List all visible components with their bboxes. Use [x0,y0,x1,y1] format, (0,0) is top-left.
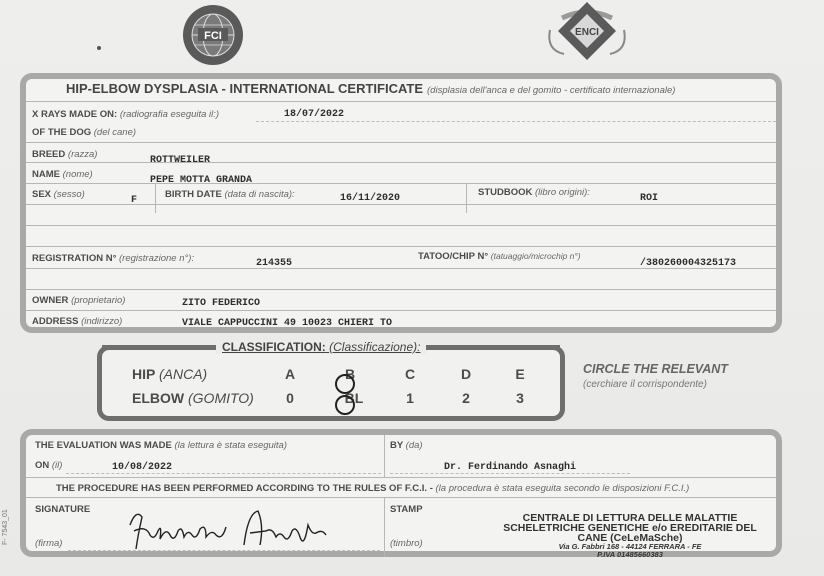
registration-label: REGISTRATION N° (registrazione n°): [32,253,194,264]
stamp-translation: (timbro) [390,538,423,549]
classification-panel: CLASSIFICATION: (Classificazione): HIP (… [97,345,565,421]
breed-value: ROTTWEILER [150,155,210,166]
of-dog-label: OF THE DOG (del cane) [32,127,136,138]
by-label: BY (da) [390,440,423,451]
hip-grade-e[interactable]: E [508,366,532,382]
on-label: ON (il) [35,460,62,471]
enci-logo-icon: ENCI [540,0,634,62]
stamp-block: CENTRALE DI LETTURA DELLE MALATTIE SCHEL… [500,513,760,559]
birth-date-value: 16/11/2020 [340,193,400,204]
svg-text:ENCI: ENCI [575,27,599,38]
owner-value: ZITO FEDERICO [182,298,260,309]
certificate-page: FCI ENCI INTERNATIONAL CERTIFICATE HIP-E… [0,0,824,576]
studbook-value: ROI [640,193,658,204]
xrays-date-value: 18/07/2022 [284,109,344,120]
elbow-label: ELBOW (GOMITO) [132,390,254,406]
studbook-label: STUDBOOK (libro origini): [478,187,590,198]
breed-label: BREED (razza) [32,149,97,160]
evaluator-name-value: Dr. Ferdinando Asnaghi [444,462,576,473]
dog-name-value: PEPE MOTTA GRANDA [150,175,252,186]
elbow-grade-0[interactable]: 0 [278,390,302,406]
procedure-statement: THE PROCEDURE HAS BEEN PERFORMED ACCORDI… [56,483,689,494]
classification-title: CLASSIFICATION: (Classificazione): [216,340,426,354]
owner-label: OWNER (proprietario) [32,295,125,306]
elbow-selected-circle-mark [335,395,355,415]
evaluation-date-value: 10/08/2022 [112,462,172,473]
name-label: NAME (nome) [32,169,93,180]
address-label: ADDRESS (indirizzo) [32,316,122,327]
certificate-title: HIP-ELBOW DYSPLASIA - INTERNATIONAL CERT… [26,81,776,101]
birth-date-label: BIRTH DATE (data di nascita): [165,189,295,200]
hip-grade-a[interactable]: A [278,366,302,382]
elbow-grade-3[interactable]: 3 [508,390,532,406]
hip-grade-d[interactable]: D [454,366,478,382]
svg-text:FCI: FCI [204,30,222,42]
signature-label: SIGNATURE [35,504,90,515]
form-code: F- 7543_01 [2,509,9,545]
chip-label: TATOO/CHIP N° (tatuaggio/microchip n°) [418,251,581,262]
evaluation-panel: THE EVALUATION WAS MADE (la lettura è st… [20,429,782,557]
evaluation-made-label: THE EVALUATION WAS MADE (la lettura è st… [35,440,287,451]
speck [97,46,101,50]
address-value: VIALE CAPPUCCINI 49 10023 CHIERI TO [182,318,392,329]
elbow-grade-1[interactable]: 1 [398,390,422,406]
dog-details-panel: HIP-ELBOW DYSPLASIA - INTERNATIONAL CERT… [20,73,782,333]
hip-grade-c[interactable]: C [398,366,422,382]
hip-label: HIP (ANCA) [132,366,207,382]
fci-logo-icon: FCI [182,4,244,66]
signature-scribble [126,505,346,553]
sex-label: SEX (sesso) [32,189,85,200]
xrays-label: X RAYS MADE ON: (radiografia eseguita il… [32,109,219,120]
circle-instruction: CIRCLE THE RELEVANT (cerchiare il corris… [583,362,728,390]
signature-translation: (firma) [35,538,62,549]
stamp-label: STAMP [390,504,423,515]
elbow-grade-2[interactable]: 2 [454,390,478,406]
